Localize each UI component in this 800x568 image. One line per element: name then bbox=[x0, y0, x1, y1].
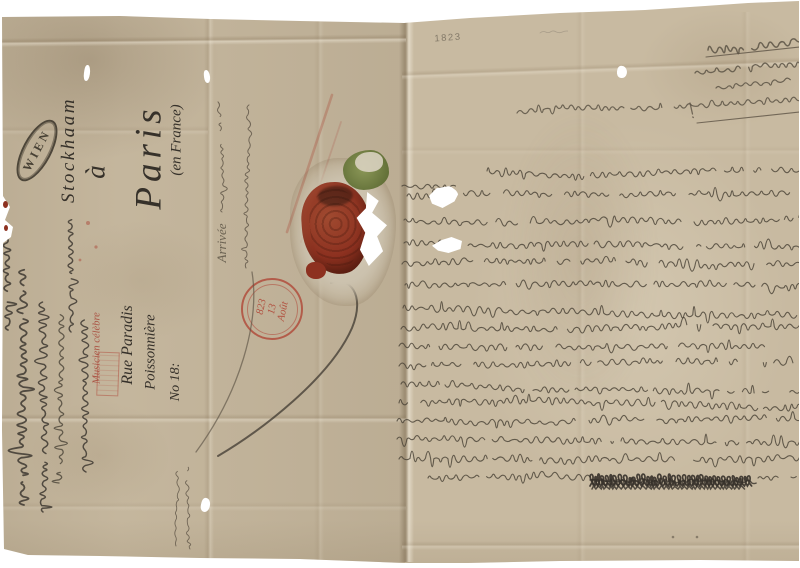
address-city: Paris bbox=[128, 104, 171, 209]
recipient-name: Stockhaam bbox=[58, 97, 80, 203]
datestamp-day: 13 bbox=[266, 303, 279, 316]
datestamp-year: 823 bbox=[254, 298, 268, 316]
address-country: (en France) bbox=[169, 104, 186, 175]
address-to-word: à bbox=[81, 165, 112, 179]
profession-note: Musicien célèbre bbox=[92, 312, 103, 384]
wax-fragment bbox=[4, 225, 8, 231]
fold-crease-horizontal bbox=[402, 541, 800, 550]
letter-paper: WIEN 823 13 Août Stockhaam à Paris (en F… bbox=[0, 0, 800, 568]
address-street-line1: Rue Paradis bbox=[119, 305, 137, 385]
wax-fragment bbox=[3, 201, 8, 208]
fold-crease-horizontal bbox=[402, 146, 800, 155]
fold-crease-horizontal bbox=[0, 414, 406, 423]
address-street-line2: Poissonnière bbox=[143, 314, 160, 389]
red-wax-seal-fragment bbox=[306, 262, 326, 279]
fold-crease-vertical bbox=[204, 12, 214, 562]
seal-pale-spot bbox=[355, 152, 383, 172]
torn-hole bbox=[429, 186, 459, 208]
datestamp-month: Août bbox=[275, 300, 290, 322]
fold-crease-vertical bbox=[576, 12, 586, 562]
page-fold-center bbox=[399, 12, 414, 562]
pencil-year-annotation: 1823 bbox=[434, 32, 462, 45]
paper-stain bbox=[60, 220, 220, 340]
torn-hole bbox=[432, 237, 462, 253]
handwriting-stroke bbox=[758, 476, 796, 480]
datestamp-text: 823 13 Août bbox=[238, 275, 307, 344]
arrival-note: Arrivée bbox=[214, 224, 230, 263]
letter-photo: WIEN 823 13 Août Stockhaam à Paris (en F… bbox=[0, 0, 800, 568]
fold-crease-vertical bbox=[741, 12, 751, 562]
paris-arrival-datestamp: 823 13 Août bbox=[241, 278, 303, 340]
address-house-number: No 18: bbox=[168, 363, 184, 402]
